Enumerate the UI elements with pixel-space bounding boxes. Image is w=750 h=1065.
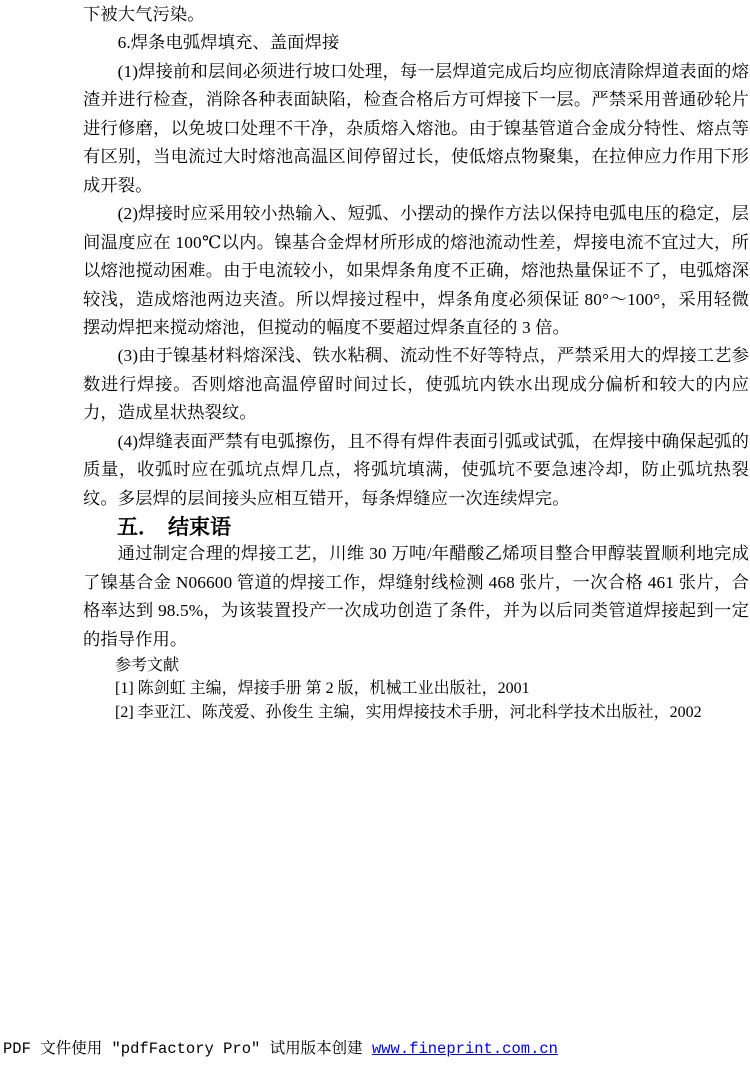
references-title: 参考文献 <box>83 654 749 677</box>
reference-item-2: [2] 李亚江、陈茂爱、孙俊生 主编，实用焊接技术手册，河北科学技术出版社，20… <box>83 701 749 724</box>
paragraph-item-3: (3)由于镍基材料熔深浅、铁水粘稠、流动性不好等特点，严禁采用大的焊接工艺参数进… <box>83 342 749 427</box>
paragraph-item-2: (2)焊接时应采用较小热输入、短弧、小摆动的操作方法以保持电弧电压的稳定，层间温… <box>83 200 749 342</box>
conclusion-paragraph: 通过制定合理的焊接工艺，川维 30 万吨/年醋酸乙烯项目整合甲醇装置顺利地完成了… <box>83 540 749 654</box>
watermark-text: PDF 文件使用 ″pdfFactory Pro″ 试用版本创建 <box>3 1040 372 1058</box>
paragraph-item-4: (4)焊缝表面严禁有电弧擦伤，且不得有焊件表面引弧或试弧，在焊接中确保起弧的质量… <box>83 428 749 513</box>
pdf-creator-watermark: PDF 文件使用 ″pdfFactory Pro″ 试用版本创建 www.fin… <box>3 1039 558 1059</box>
document-page: 下被大气污染。 6.焊条电弧焊填充、盖面焊接 (1)焊接前和层间必须进行坡口处理… <box>0 0 750 1065</box>
paragraph-item-1: (1)焊接前和层间必须进行坡口处理，每一层焊道完成后均应彻底清除焊道表面的熔渣并… <box>83 58 749 200</box>
heading-number: 五． <box>117 515 159 539</box>
document-content: 下被大气污染。 6.焊条电弧焊填充、盖面焊接 (1)焊接前和层间必须进行坡口处理… <box>83 1 749 724</box>
section-6-title: 6.焊条电弧焊填充、盖面焊接 <box>83 29 749 57</box>
fineprint-link[interactable]: www.fineprint.com.cn <box>372 1040 558 1058</box>
paragraph-continuation: 下被大气污染。 <box>83 1 749 29</box>
conclusion-section-heading: 五．结束语 <box>83 515 749 540</box>
reference-item-1: [1] 陈剑虹 主编，焊接手册 第 2 版，机械工业出版社，2001 <box>83 677 749 700</box>
heading-title: 结束语 <box>168 515 231 539</box>
